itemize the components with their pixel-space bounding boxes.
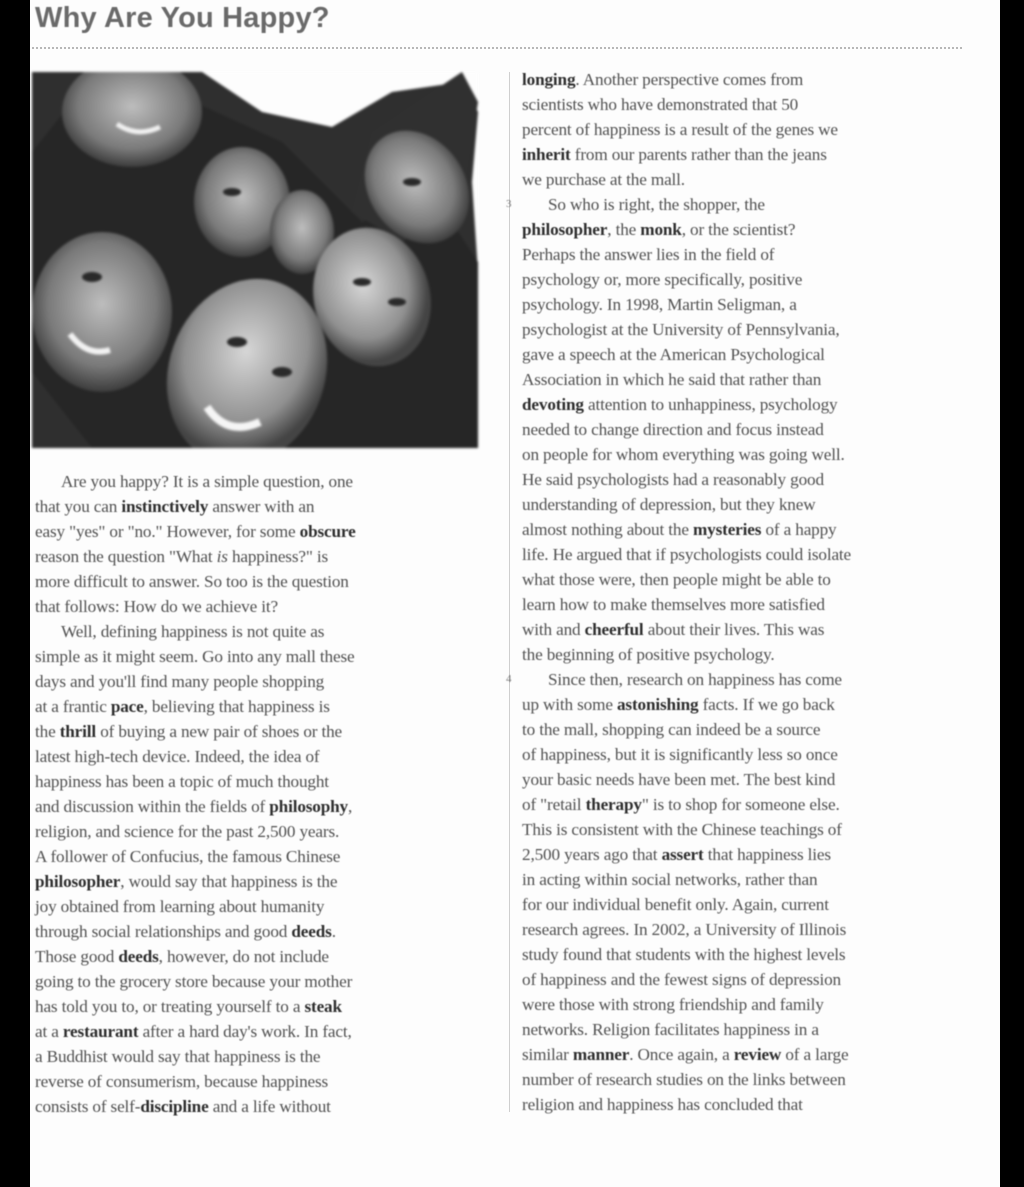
text-line: the thrill of buying a new pair of shoes… [35, 719, 470, 744]
text-span: the [35, 722, 60, 741]
text-span: gave a speech at the American Psychologi… [522, 345, 825, 364]
text-span: of a large [781, 1045, 848, 1064]
text-span: simple as it might seem. Go into any mal… [35, 647, 354, 666]
vocabulary-word: therapy [586, 795, 642, 814]
vocabulary-word: deeds [291, 922, 331, 941]
text-span: your basic needs have been met. The best… [522, 770, 835, 789]
text-span: we purchase at the mall. [522, 170, 685, 189]
text-span: the beginning of positive psychology. [522, 645, 775, 664]
text-span: from our parents rather than the jeans [571, 145, 827, 164]
text-span: were those with strong friendship and fa… [522, 995, 824, 1014]
text-line: on people for whom everything was going … [522, 442, 952, 467]
text-line: up with some astonishing facts. If we go… [522, 692, 952, 717]
text-span: number of research studies on the links … [522, 1070, 846, 1089]
text-span: happiness has been a topic of much thoug… [35, 772, 329, 791]
text-line: days and you'll find many people shoppin… [35, 669, 470, 694]
text-span: psychologist at the University of Pennsy… [522, 320, 840, 339]
vocabulary-word: philosopher [35, 872, 120, 891]
text-line: number of research studies on the links … [522, 1067, 952, 1092]
text-span: . [332, 922, 336, 941]
text-span: This is consistent with the Chinese teac… [522, 820, 842, 839]
text-line: percent of happiness is a result of the … [522, 117, 952, 142]
text-span: facts. If we go back [698, 695, 834, 714]
vocabulary-word: philosophy [269, 797, 348, 816]
vocabulary-word: steak [304, 997, 341, 1016]
text-line: 2,500 years ago that assert that happine… [522, 842, 952, 867]
text-span: reverse of consumerism, because happines… [35, 1072, 328, 1091]
text-line: were those with strong friendship and fa… [522, 992, 952, 1017]
text-line: philosopher, would say that happiness is… [35, 869, 470, 894]
text-span: for our individual benefit only. Again, … [522, 895, 829, 914]
text-line: A follower of Confucius, the famous Chin… [35, 844, 470, 869]
text-line: your basic needs have been met. The best… [522, 767, 952, 792]
vocabulary-word: inherit [522, 145, 571, 164]
text-span: going to the grocery store because your … [35, 972, 352, 991]
text-span: Since then, research on happiness has co… [548, 670, 842, 689]
text-span: , the [607, 220, 640, 239]
text-span: . Another perspective comes from [575, 70, 803, 89]
text-span: joy obtained from learning about humanit… [35, 897, 324, 916]
text-line: at a restaurant after a hard day's work.… [35, 1019, 470, 1044]
text-span: needed to change direction and focus ins… [522, 420, 824, 439]
text-line: consists of self-discipline and a life w… [35, 1094, 470, 1119]
text-line: life. He argued that if psychologists co… [522, 542, 952, 567]
text-span: almost nothing about the [522, 520, 693, 539]
text-line: for our individual benefit only. Again, … [522, 892, 952, 917]
vocabulary-word: pace [111, 697, 144, 716]
text-line: easy "yes" or "no." However, for some ob… [35, 519, 470, 544]
text-line: needed to change direction and focus ins… [522, 417, 952, 442]
text-line: scientists who have demonstrated that 50 [522, 92, 952, 117]
text-span: with and [522, 620, 585, 639]
text-line: inherit from our parents rather than the… [522, 142, 952, 167]
text-span: psychology or, more specifically, positi… [522, 270, 802, 289]
text-line: Perhaps the answer lies in the field of [522, 242, 952, 267]
vocabulary-word: assert [662, 845, 704, 864]
text-line: and discussion within the fields of phil… [35, 794, 470, 819]
text-line: religion, and science for the past 2,500… [35, 819, 470, 844]
group-photo [32, 72, 478, 448]
text-line: what those were, then people might be ab… [522, 567, 952, 592]
text-span: in acting within social networks, rather… [522, 870, 817, 889]
text-span: , or the scientist? [682, 220, 796, 239]
text-span: religion and happiness has concluded tha… [522, 1095, 803, 1114]
text-line: study found that students with the highe… [522, 942, 952, 967]
text-span: latest high-tech device. Indeed, the ide… [35, 747, 320, 766]
text-line: So who is right, the shopper, the [522, 192, 952, 217]
vocabulary-word: monk [640, 220, 681, 239]
text-line: learn how to make themselves more satisf… [522, 592, 952, 617]
text-line: similar manner. Once again, a review of … [522, 1042, 952, 1067]
text-line: at a frantic pace, believing that happin… [35, 694, 470, 719]
text-line: latest high-tech device. Indeed, the ide… [35, 744, 470, 769]
text-span: understanding of depression, but they kn… [522, 495, 815, 514]
text-line: in acting within social networks, rather… [522, 867, 952, 892]
vocabulary-word: manner [573, 1045, 629, 1064]
text-span: that follows: How do we achieve it? [35, 597, 278, 616]
text-line: He said psychologists had a reasonably g… [522, 467, 952, 492]
text-line: Association in which he said that rather… [522, 367, 952, 392]
text-span: of happiness, but it is significantly le… [522, 745, 838, 764]
text-span: that happiness lies [704, 845, 831, 864]
text-line: psychology. In 1998, Martin Seligman, a [522, 292, 952, 317]
vocabulary-word: philosopher [522, 220, 607, 239]
text-line: to the mall, shopping can indeed be a so… [522, 717, 952, 742]
text-span: that you can [35, 497, 121, 516]
text-span: reason the question "What [35, 547, 217, 566]
text-span: of a happy [761, 520, 836, 539]
text-span: , would say that happiness is the [120, 872, 337, 891]
text-span: Association in which he said that rather… [522, 370, 821, 389]
text-line: longing. Another perspective comes from [522, 67, 952, 92]
text-line: with and cheerful about their lives. Thi… [522, 617, 952, 642]
text-span: religion, and science for the past 2,500… [35, 822, 339, 841]
title-divider [32, 47, 962, 49]
vocabulary-word: discipline [140, 1097, 208, 1116]
text-span: of "retail [522, 795, 586, 814]
text-span: at a frantic [35, 697, 111, 716]
text-line: Well, defining happiness is not quite as [35, 619, 470, 644]
text-line: that follows: How do we achieve it? [35, 594, 470, 619]
text-line: philosopher, the monk, or the scientist? [522, 217, 952, 242]
text-span: psychology. In 1998, Martin Seligman, a [522, 295, 797, 314]
column-divider [509, 72, 510, 1112]
vocabulary-word: cheerful [585, 620, 644, 639]
text-line: that you can instinctively answer with a… [35, 494, 470, 519]
text-span: 2,500 years ago that [522, 845, 662, 864]
text-line: Are you happy? It is a simple question, … [35, 469, 470, 494]
textbook-page: Why Are You Happy? [30, 0, 1000, 1187]
text-span: and a life without [209, 1097, 331, 1116]
text-span: , [348, 797, 352, 816]
text-span: , believing that happiness is [144, 697, 330, 716]
text-span: percent of happiness is a result of the … [522, 120, 838, 139]
text-span: research agrees. In 2002, a University o… [522, 920, 846, 939]
paragraph-number: 4 [506, 673, 512, 685]
text-span: , however, do not include [159, 947, 329, 966]
text-span: similar [522, 1045, 573, 1064]
text-line: psychology or, more specifically, positi… [522, 267, 952, 292]
text-span: scientists who have demonstrated that 50 [522, 95, 798, 114]
text-span: answer with an [208, 497, 314, 516]
text-line: reverse of consumerism, because happines… [35, 1069, 470, 1094]
vocabulary-word: review [734, 1045, 781, 1064]
vocabulary-word: thrill [60, 722, 96, 741]
text-span: He said psychologists had a reasonably g… [522, 470, 824, 489]
text-span: Perhaps the answer lies in the field of [522, 245, 774, 264]
text-span: days and you'll find many people shoppin… [35, 672, 324, 691]
text-span: Are you happy? It is a simple question, … [61, 472, 353, 491]
text-span: study found that students with the highe… [522, 945, 845, 964]
text-line: networks. Religion facilitates happiness… [522, 1017, 952, 1042]
text-line: research agrees. In 2002, a University o… [522, 917, 952, 942]
text-line: devoting attention to unhappiness, psych… [522, 392, 952, 417]
text-span: A follower of Confucius, the famous Chin… [35, 847, 340, 866]
text-line: of happiness and the fewest signs of dep… [522, 967, 952, 992]
text-line: of happiness, but it is significantly le… [522, 742, 952, 767]
text-span: networks. Religion facilitates happiness… [522, 1020, 819, 1039]
vocabulary-word: longing [522, 70, 575, 89]
text-span: " is to shop for someone else. [642, 795, 840, 814]
text-line: psychologist at the University of Pennsy… [522, 317, 952, 342]
text-span: Those good [35, 947, 118, 966]
text-line: reason the question "What is happiness?"… [35, 544, 470, 569]
text-line: almost nothing about the mysteries of a … [522, 517, 952, 542]
text-span: more difficult to answer. So too is the … [35, 572, 349, 591]
vocabulary-word: obscure [300, 522, 356, 541]
text-span: through social relationships and good [35, 922, 291, 941]
text-line: joy obtained from learning about humanit… [35, 894, 470, 919]
right-column-text: longing. Another perspective comes froms… [522, 67, 952, 1117]
text-span: at a [35, 1022, 63, 1041]
text-line: simple as it might seem. Go into any mal… [35, 644, 470, 669]
text-span: on people for whom everything was going … [522, 445, 845, 464]
vocabulary-word: deeds [118, 947, 158, 966]
emphasis-text: is [217, 547, 228, 566]
text-line: we purchase at the mall. [522, 167, 952, 192]
text-span: learn how to make themselves more satisf… [522, 595, 825, 614]
vocabulary-word: devoting [522, 395, 584, 414]
text-span: consists of self- [35, 1097, 140, 1116]
text-line: understanding of depression, but they kn… [522, 492, 952, 517]
text-span: has told you to, or treating yourself to… [35, 997, 304, 1016]
text-line: This is consistent with the Chinese teac… [522, 817, 952, 842]
text-span: of happiness and the fewest signs of dep… [522, 970, 841, 989]
text-span: attention to unhappiness, psychology [584, 395, 838, 414]
text-span: a Buddhist would say that happiness is t… [35, 1047, 320, 1066]
text-line: Since then, research on happiness has co… [522, 667, 952, 692]
text-span: up with some [522, 695, 617, 714]
text-line: happiness has been a topic of much thoug… [35, 769, 470, 794]
text-line: a Buddhist would say that happiness is t… [35, 1044, 470, 1069]
vocabulary-word: astonishing [617, 695, 698, 714]
text-span: . Once again, a [629, 1045, 734, 1064]
paragraph-number: 3 [506, 198, 512, 210]
text-span: easy "yes" or "no." However, for some [35, 522, 300, 541]
text-line: has told you to, or treating yourself to… [35, 994, 470, 1019]
text-line: gave a speech at the American Psychologi… [522, 342, 952, 367]
vocabulary-word: mysteries [693, 520, 761, 539]
vocabulary-word: instinctively [121, 497, 208, 516]
text-line: Those good deeds, however, do not includ… [35, 944, 470, 969]
left-column-text: Are you happy? It is a simple question, … [35, 469, 470, 1119]
text-span: Well, defining happiness is not quite as [61, 622, 324, 641]
text-span: about their lives. This was [644, 620, 825, 639]
text-span: to the mall, shopping can indeed be a so… [522, 720, 820, 739]
text-span: happiness?" is [228, 547, 328, 566]
text-line: religion and happiness has concluded tha… [522, 1092, 952, 1117]
text-line: more difficult to answer. So too is the … [35, 569, 470, 594]
text-line: going to the grocery store because your … [35, 969, 470, 994]
text-span: So who is right, the shopper, the [548, 195, 765, 214]
text-span: of buying a new pair of shoes or the [96, 722, 342, 741]
text-span: and discussion within the fields of [35, 797, 269, 816]
text-span: life. He argued that if psychologists co… [522, 545, 851, 564]
text-line: through social relationships and good de… [35, 919, 470, 944]
text-line: the beginning of positive psychology. [522, 642, 952, 667]
text-span: what those were, then people might be ab… [522, 570, 831, 589]
article-title: Why Are You Happy? [35, 2, 330, 35]
text-line: of "retail therapy" is to shop for someo… [522, 792, 952, 817]
text-span: after a hard day's work. In fact, [138, 1022, 351, 1041]
vocabulary-word: restaurant [63, 1022, 139, 1041]
